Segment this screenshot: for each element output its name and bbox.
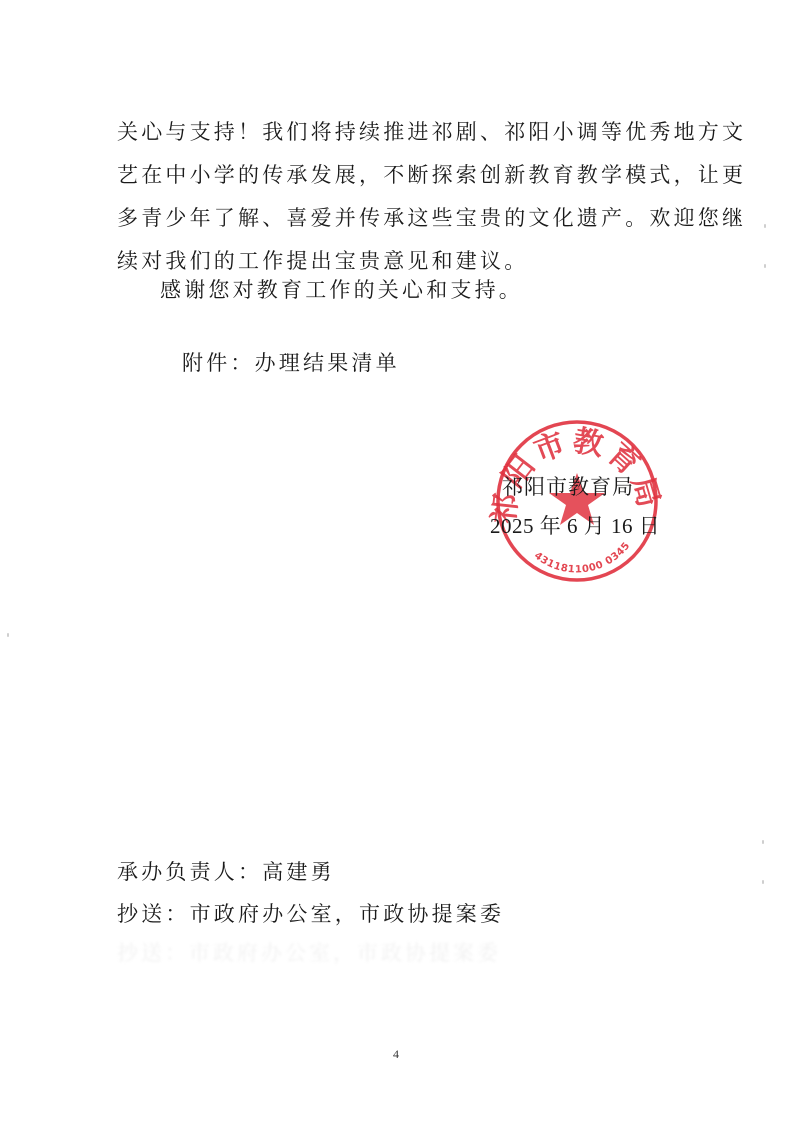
faint-bleed-through-text: 抄送：市政府办公室，市政协提案委 — [117, 943, 501, 964]
scan-speck — [762, 840, 764, 844]
document-page: 关心与支持！我们将持续推进祁剧、祁阳小调等优秀地方文 艺在中小学的传承发展，不断… — [0, 0, 793, 1121]
official-seal-stamp: 祁阳市教育局 4311811000 0345 — [488, 415, 666, 587]
body-line-1: 关心与支持！我们将持续推进祁剧、祁阳小调等优秀地方文 — [117, 122, 746, 143]
attachment-line: 附件：办理结果清单 — [182, 353, 400, 374]
scan-speck — [764, 224, 766, 228]
scan-speck — [764, 264, 766, 268]
signature-date: 2025 年 6 月 16 日 — [490, 516, 660, 537]
body-line-4: 续对我们的工作提出宝贵意见和建议。 — [117, 251, 528, 272]
scan-speck — [7, 633, 9, 637]
closing-line: 感谢您对教育工作的关心和支持。 — [160, 280, 523, 301]
scan-speck — [762, 880, 764, 884]
body-line-3: 多青少年了解、喜爱并传承这些宝贵的文化遗产。欢迎您继 — [117, 208, 746, 229]
page-number: 4 — [393, 1047, 399, 1062]
signature-organization: 祁阳市教育局 — [502, 477, 634, 498]
body-line-2: 艺在中小学的传承发展，不断探索创新教育教学模式，让更 — [117, 165, 746, 186]
cc-line: 抄送：市政府办公室，市政协提案委 — [117, 904, 504, 925]
handler-line: 承办负责人：高建勇 — [117, 862, 335, 883]
